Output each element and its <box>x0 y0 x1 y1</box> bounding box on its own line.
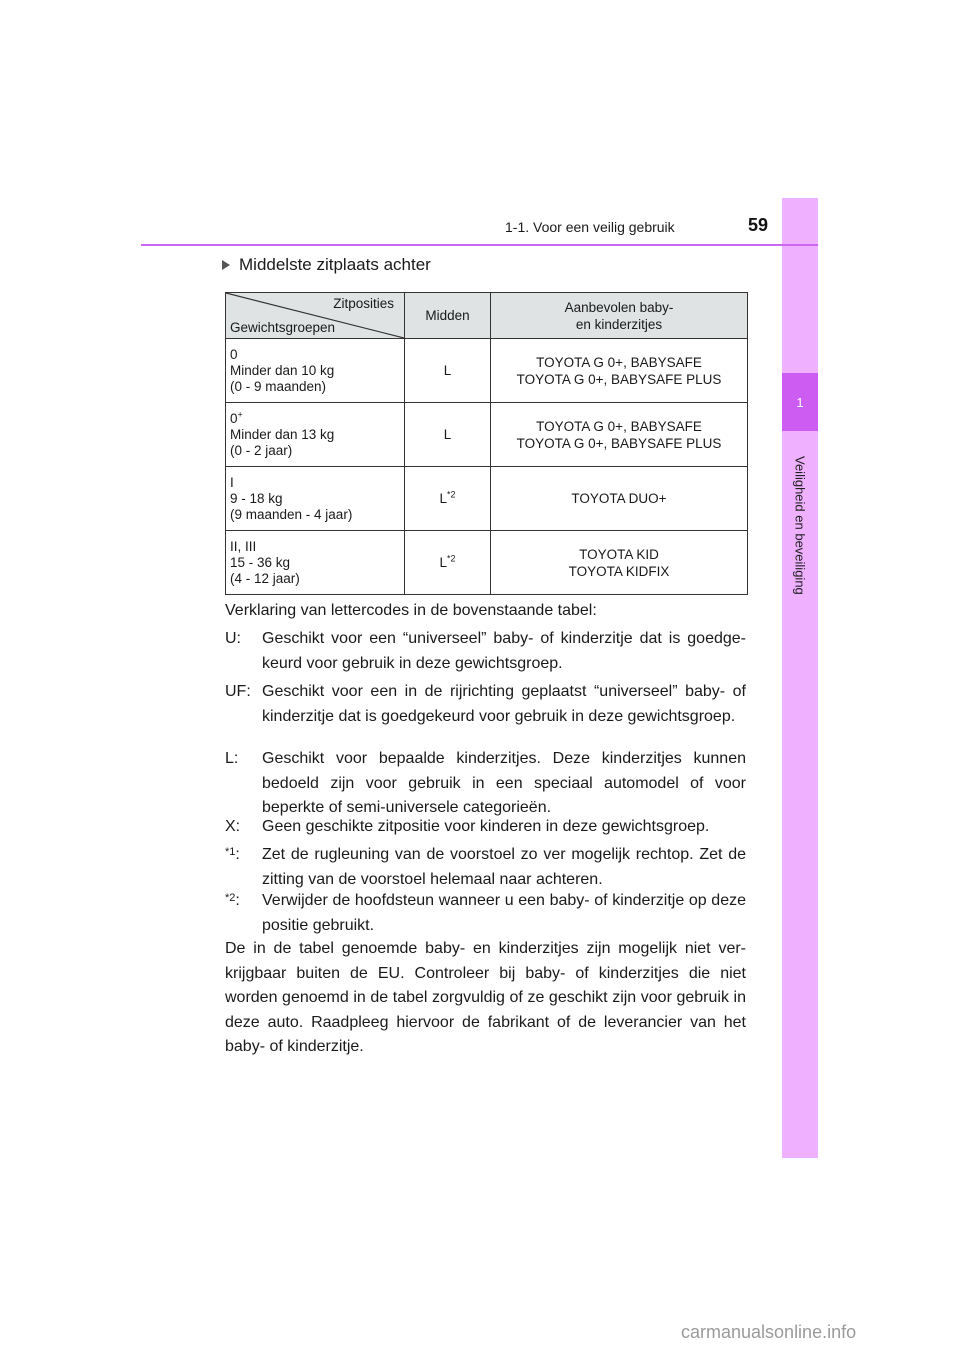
seat-line: TOYOTA G 0+, BABYSAFE PLUS <box>491 371 747 388</box>
chapter-title: Veiligheid en beveiliging <box>793 456 808 595</box>
weight-group-cell: I9 - 18 kg(9 maanden - 4 jaar) <box>226 467 405 531</box>
seat-line: TOYOTA G 0+, BABYSAFE <box>491 354 747 371</box>
legend-code: UF: <box>225 680 251 705</box>
header-weight-groups: Gewichtsgroepen <box>230 319 335 336</box>
footnote-1: *1: Zet de rugleuning van de voorstoel z… <box>225 843 746 892</box>
group-age: (0 - 9 maanden) <box>230 379 404 395</box>
seat-line: TOYOTA KIDFIX <box>491 563 747 580</box>
legend-item-x: X: Geen geschikte zitpositie voor kinder… <box>225 815 746 840</box>
header-divider <box>141 244 818 246</box>
legend-item-l: L: Geschikt voor bepaalde kinderzitjes. … <box>225 747 746 821</box>
footnote-text: Verwijder de hoofdsteun wanneer u een ba… <box>262 889 746 938</box>
group-weight: 15 - 36 kg <box>230 555 404 571</box>
group-age: (9 maanden - 4 jaar) <box>230 507 404 523</box>
header-seat-positions: Zitposities <box>333 295 394 312</box>
header-recommended-line1: Aanbevolen baby- <box>491 299 747 316</box>
chapter-number: 1 <box>796 395 803 410</box>
legend-intro: Verklaring van lettercodes in de bovenst… <box>225 599 745 624</box>
watermark-link[interactable]: carmanualsonline.info <box>681 1322 856 1343</box>
midden-cell: L <box>405 339 491 403</box>
footnote-mark-wrap: *2: <box>225 889 240 914</box>
corner-header-cell: Zitposities Gewichtsgroepen <box>226 293 405 339</box>
subheading: Middelste zitplaats achter <box>222 255 431 275</box>
seat-line: TOYOTA KID <box>491 546 747 563</box>
midden-cell: L*2 <box>405 531 491 595</box>
footnote-text: Zet de rugleuning van de voorstoel zo ve… <box>262 843 746 892</box>
table-row: II, III15 - 36 kg(4 - 12 jaar)L*2TOYOTA … <box>226 531 748 595</box>
recommended-seats-cell: TOYOTA G 0+, BABYSAFETOYOTA G 0+, BABYSA… <box>491 339 748 403</box>
chapter-number-tab[interactable]: 1 <box>782 373 818 431</box>
page-number: 59 <box>748 215 768 236</box>
subheading-text: Middelste zitplaats achter <box>239 255 431 275</box>
group-age: (0 - 2 jaar) <box>230 443 404 459</box>
weight-group-cell: II, III15 - 36 kg(4 - 12 jaar) <box>226 531 405 595</box>
midden-cell: L <box>405 403 491 467</box>
midden-cell: L*2 <box>405 467 491 531</box>
chapter-sidebar <box>782 198 818 1158</box>
seat-line: TOYOTA G 0+, BABYSAFE PLUS <box>491 435 747 452</box>
group-code: 0+ <box>230 411 404 427</box>
group-code: 0 <box>230 347 404 363</box>
footnote-mark: *2 <box>225 892 235 904</box>
legend-item-uf: UF: Geschikt voor een in de rijrichting … <box>225 680 746 729</box>
footnote-mark: *1 <box>225 846 235 858</box>
closing-paragraph: De in de tabel genoemde baby- en kinderz… <box>225 937 746 1060</box>
triangle-bullet-icon <box>222 260 230 270</box>
footnote-mark-wrap: *1: <box>225 843 240 868</box>
table-row: I9 - 18 kg(9 maanden - 4 jaar)L*2TOYOTA … <box>226 467 748 531</box>
recommended-seats-cell: TOYOTA G 0+, BABYSAFETOYOTA G 0+, BABYSA… <box>491 403 748 467</box>
section-title: 1-1. Voor een veilig gebruik <box>505 219 675 235</box>
seat-line: TOYOTA G 0+, BABYSAFE <box>491 418 747 435</box>
group-age: (4 - 12 jaar) <box>230 571 404 587</box>
table-row: 0Minder dan 10 kg(0 - 9 maanden)LTOYOTA … <box>226 339 748 403</box>
legend-item-u: U: Geschikt voor een “universeel” baby- … <box>225 627 746 676</box>
weight-group-cell: 0Minder dan 10 kg(0 - 9 maanden) <box>226 339 405 403</box>
group-code: I <box>230 475 404 491</box>
legend-desc: Geschikt voor bepaalde kinderzitjes. Dez… <box>262 747 746 821</box>
group-weight: Minder dan 13 kg <box>230 427 404 443</box>
seat-line: TOYOTA DUO+ <box>491 490 747 507</box>
legend-code: X: <box>225 815 240 840</box>
recommended-seats-cell: TOYOTA KIDTOYOTA KIDFIX <box>491 531 748 595</box>
table-row: 0+Minder dan 13 kg(0 - 2 jaar)LTOYOTA G … <box>226 403 748 467</box>
header-recommended-line2: en kinderzitjes <box>491 316 747 333</box>
legend-desc: Geen geschikte zitpositie voor kinderen … <box>262 815 746 840</box>
legend-code: U: <box>225 627 241 652</box>
recommended-seats-cell: TOYOTA DUO+ <box>491 467 748 531</box>
group-weight: Minder dan 10 kg <box>230 363 404 379</box>
table-header-row: Zitposities Gewichtsgroepen Midden Aanbe… <box>226 293 748 339</box>
group-weight: 9 - 18 kg <box>230 491 404 507</box>
child-seat-table: Zitposities Gewichtsgroepen Midden Aanbe… <box>225 292 748 595</box>
chapter-title-vertical: Veiligheid en beveiliging <box>782 440 818 610</box>
footnote-2: *2: Verwijder de hoofdsteun wanneer u ee… <box>225 889 746 938</box>
weight-group-cell: 0+Minder dan 13 kg(0 - 2 jaar) <box>226 403 405 467</box>
legend-desc: Geschikt voor een “universeel” baby- of … <box>262 627 746 676</box>
header-recommended-seats: Aanbevolen baby- en kinderzitjes <box>491 293 748 339</box>
header-midden: Midden <box>405 293 491 339</box>
legend-desc: Geschikt voor een in de rijrichting gepl… <box>262 680 746 729</box>
legend-code: L: <box>225 747 238 772</box>
group-code: II, III <box>230 539 404 555</box>
